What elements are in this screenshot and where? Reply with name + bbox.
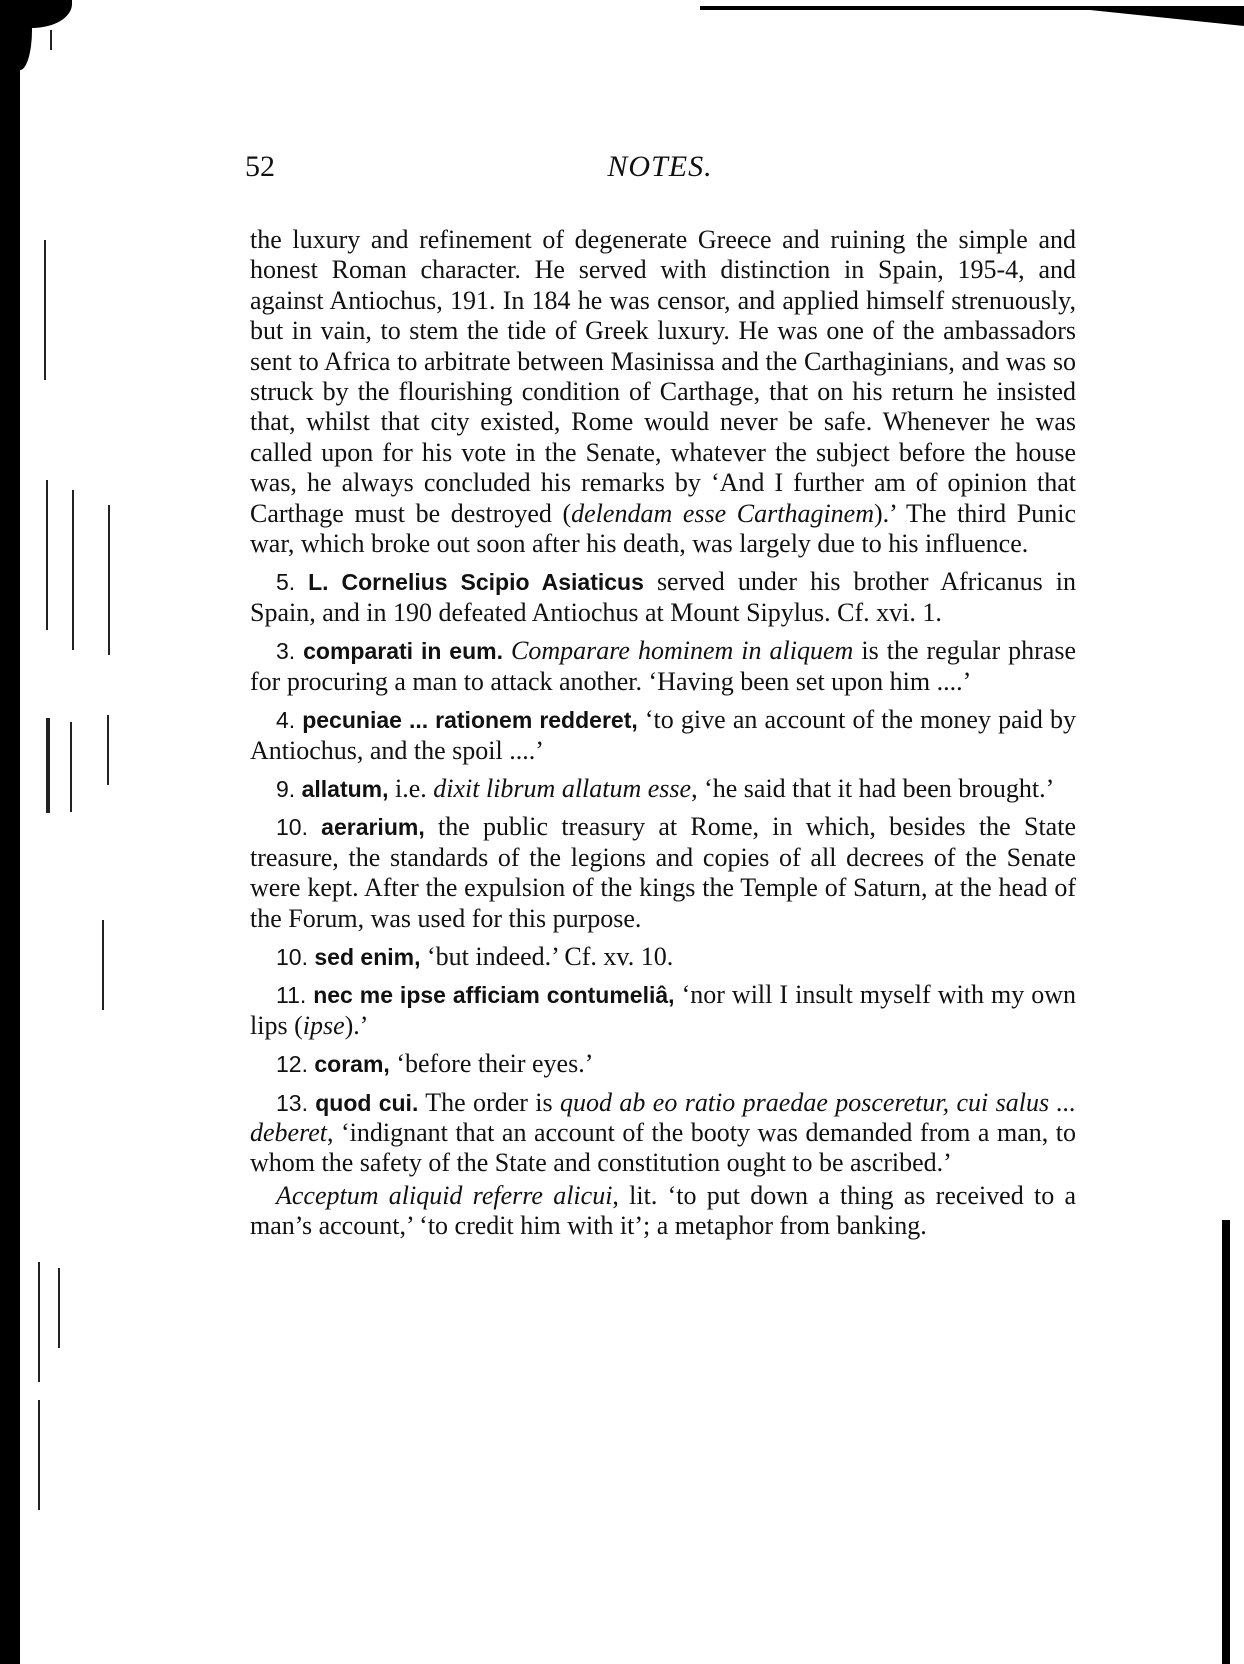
latin-phrase: Acceptum aliquid referre alicui	[276, 1181, 612, 1210]
note-9: 9. allatum, i.e. dixit librum allatum es…	[250, 774, 1076, 804]
scan-border-right	[1222, 1220, 1230, 1664]
text-run: The order is	[418, 1088, 560, 1117]
text-run: ).’	[345, 1011, 369, 1040]
note-number: 4.	[276, 707, 302, 733]
text-run: , ‘he said that it had been brought.’	[691, 774, 1054, 803]
note-number: 10.	[276, 944, 314, 970]
show-through-mark	[38, 1400, 40, 1510]
note-4: 4. pecuniae ... rationem redderet, ‘to g…	[250, 705, 1076, 766]
show-through-mark	[70, 722, 72, 812]
show-through-mark	[58, 1268, 60, 1348]
latin-phrase: dixit librum allatum esse	[433, 774, 691, 803]
lemma: sed enim,	[314, 944, 420, 970]
note-10-aerarium: 10. aerarium, the public treasury at Rom…	[250, 812, 1076, 934]
lemma: aerarium,	[321, 814, 425, 840]
note-number: 10.	[276, 814, 321, 840]
lemma: allatum,	[302, 776, 389, 802]
latin-phrase: ipse	[303, 1011, 345, 1040]
show-through-mark	[107, 715, 109, 785]
show-through-mark	[44, 240, 46, 380]
lemma: comparati in eum.	[303, 638, 503, 664]
running-head: 52 NOTES.	[245, 150, 1075, 190]
lemma: coram,	[314, 1051, 389, 1077]
show-through-mark	[102, 920, 104, 1010]
lemma: quod cui.	[315, 1090, 418, 1116]
text-run	[503, 636, 511, 665]
show-through-mark	[50, 30, 52, 50]
text-run: ‘but indeed.’ Cf. xv. 10.	[420, 942, 673, 971]
lemma: nec me ipse afficiam contumeliâ,	[313, 982, 674, 1008]
note-13-continuation: Acceptum aliquid referre alicui, lit. ‘t…	[250, 1181, 1076, 1242]
text-run: the luxury and refinement of degenerate …	[250, 225, 1076, 528]
running-head-title: NOTES.	[245, 150, 1075, 184]
note-13: 13. quod cui. The order is quod ab eo ra…	[250, 1088, 1076, 1179]
text-run: i.e.	[389, 774, 434, 803]
paragraph-cato: the luxury and refinement of degenerate …	[250, 225, 1076, 559]
latin-phrase: delendam esse Carthaginem	[571, 499, 874, 528]
notes-body: the luxury and refinement of degenerate …	[250, 225, 1076, 1250]
note-number: 12.	[276, 1051, 314, 1077]
text-run: ‘before their eyes.’	[390, 1049, 594, 1078]
note-number: 11.	[276, 982, 313, 1008]
scan-page-curl	[18, 20, 32, 70]
note-number: 9.	[276, 776, 302, 802]
note-number: 13.	[276, 1090, 315, 1116]
lemma: L. Cornelius Scipio Asiaticus	[308, 569, 644, 595]
scan-border-left	[0, 0, 20, 1664]
note-11: 11. nec me ipse afficiam contumeliâ, ‘no…	[250, 980, 1076, 1041]
note-10-sed-enim: 10. sed enim, ‘but indeed.’ Cf. xv. 10.	[250, 942, 1076, 972]
scan-border-top-wedge	[1090, 6, 1244, 26]
note-number: 3.	[276, 638, 303, 664]
show-through-mark	[38, 1262, 40, 1382]
show-through-mark	[46, 718, 50, 813]
lemma: pecuniae ... rationem redderet,	[302, 707, 638, 733]
show-through-mark	[46, 480, 48, 630]
show-through-mark	[108, 505, 110, 655]
note-5: 5. L. Cornelius Scipio Asiaticus served …	[250, 567, 1076, 628]
note-12: 12. coram, ‘before their eyes.’	[250, 1049, 1076, 1079]
note-number: 5.	[276, 569, 308, 595]
text-run: , ‘indignant that an account of the boot…	[250, 1118, 1076, 1177]
latin-phrase: Comparare hominem in aliquem	[511, 636, 853, 665]
show-through-mark	[72, 490, 74, 650]
note-3: 3. comparati in eum. Comparare hominem i…	[250, 636, 1076, 697]
